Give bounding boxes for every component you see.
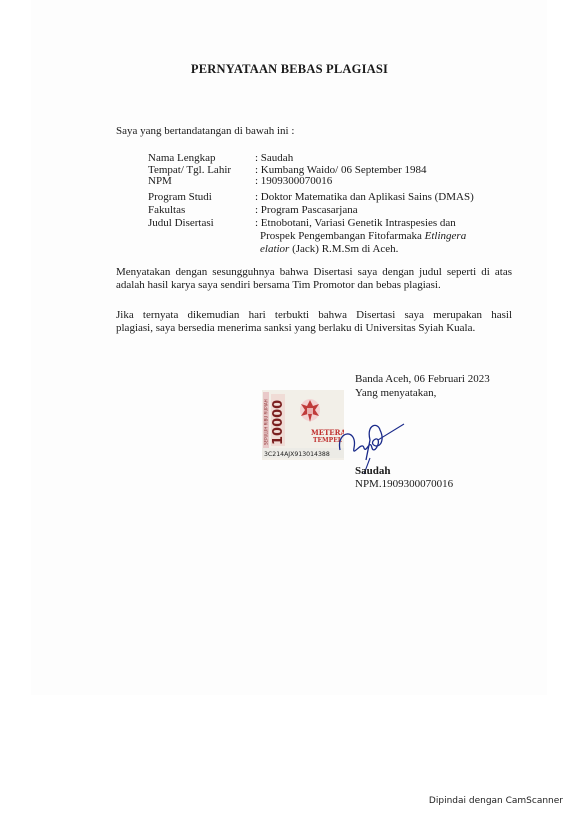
field-value: : Saudah [255,153,293,165]
field-value: : 1909300070016 [255,176,332,188]
species-name: Etlingera [425,230,467,242]
field-label: Nama Lengkap [148,153,253,165]
signer-name: Saudah [355,465,390,478]
judul-text: (Jack) R.M.Sm di Aceh. [289,243,398,255]
scanned-page [31,0,547,695]
field-value: : Etnobotani, Variasi Genetik Intraspesi… [255,218,456,230]
document-title: PERNYATAAN BEBAS PLAGIASI [0,62,579,77]
paragraph-line: adalah hasil karya saya sendiri bersama … [116,279,512,292]
species-name: elatior [260,243,289,255]
signature-scribble [318,400,408,475]
intro-text: Saya yang bertandatangan di bawah ini : [116,125,294,138]
paragraph-line: Jika ternyata dikemudian hari terbukti b… [116,309,512,322]
camscanner-watermark: Dipindai dengan CamScanner [429,796,563,806]
field-value: : Doktor Matematika dan Aplikasi Sains (… [255,192,474,204]
paragraph-line: Menyatakan dengan sesungguhnya bahwa Dis… [116,266,512,279]
field-label: Judul Disertasi [148,218,253,230]
field-label: NPM [148,176,253,188]
field-label: Program Studi [148,192,253,204]
sanction-paragraph: Jika ternyata dikemudian hari terbukti b… [116,309,512,335]
svg-text:10000: 10000 [271,400,286,445]
place-date: Banda Aceh, 06 Februari 2023 [355,373,490,386]
statement-paragraph: Menyatakan dengan sesungguhnya bahwa Dis… [116,266,512,292]
field-label: Fakultas [148,205,253,217]
judul-text: Prospek Pengembangan Fitofarmaka [260,230,425,242]
field-value: : Program Pascasarjana [255,205,358,217]
declarant-label: Yang menyatakan, [355,387,436,400]
signer-npm: NPM.1909300070016 [355,478,453,491]
svg-text:SEPULUH RIBU RUPIAH: SEPULUH RIBU RUPIAH [264,399,269,445]
paragraph-line: plagiasi, saya bersedia menerima sanksi … [116,322,512,335]
